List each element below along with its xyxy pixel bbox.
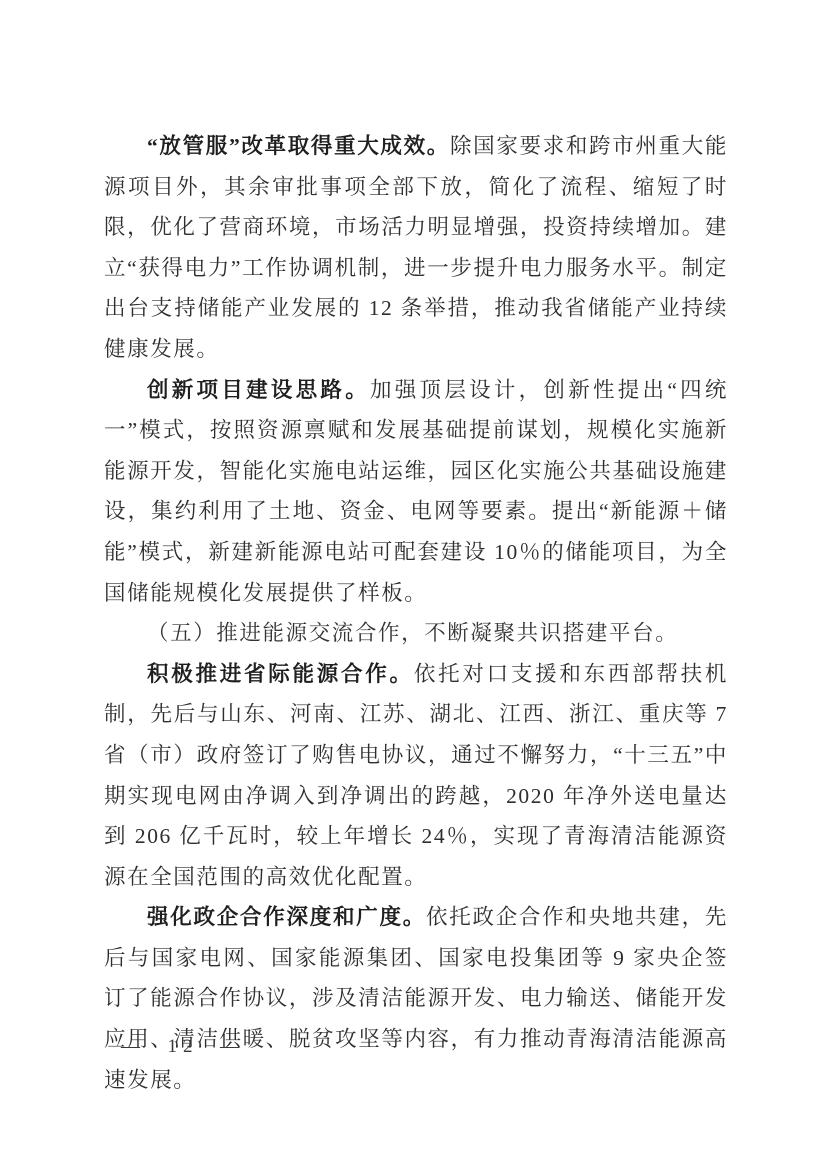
paragraph-project-construction: 创新项目建设思路。加强顶层设计，创新性提出“四统一”模式，按照资源禀赋和发展基础… — [104, 370, 728, 614]
paragraph-lead: “放管服”改革取得重大成效。 — [147, 134, 450, 158]
paragraph-lead: 积极推进省际能源合作。 — [147, 662, 414, 686]
section-heading-text: （五）推进能源交流合作，不断凝聚共识搭建平台。 — [147, 621, 678, 645]
document-page: “放管服”改革取得重大成效。除国家要求和跨市州重大能源项目外，其余审批事项全部下… — [0, 0, 827, 1169]
paragraph-text: 依托政企合作和央地共建，先后与国家电网、国家能源集团、国家电投集团等 9 家央企… — [104, 905, 728, 1091]
paragraph-text: 加强顶层设计，创新性提出“四统一”模式，按照资源禀赋和发展基础提前谋划，规模化实… — [104, 378, 728, 605]
paragraph-interprovincial-cooperation: 积极推进省际能源合作。依托对口支援和东西部帮扶机制，先后与山东、河南、江苏、湖北… — [104, 654, 728, 898]
page-number: — 12 — — [121, 1036, 245, 1058]
paragraph-reform-achievements: “放管服”改革取得重大成效。除国家要求和跨市州重大能源项目外，其余审批事项全部下… — [104, 126, 728, 370]
paragraph-text: 除国家要求和跨市州重大能源项目外，其余审批事项全部下放，简化了流程、缩短了时限，… — [104, 134, 728, 361]
paragraph-lead: 强化政企合作深度和广度。 — [147, 905, 426, 929]
document-body: “放管服”改革取得重大成效。除国家要求和跨市州重大能源项目外，其余审批事项全部下… — [104, 126, 728, 1100]
section-heading-five: （五）推进能源交流合作，不断凝聚共识搭建平台。 — [104, 613, 728, 654]
paragraph-lead: 创新项目建设思路。 — [147, 378, 370, 402]
paragraph-government-enterprise-cooperation: 强化政企合作深度和广度。依托政企合作和央地共建，先后与国家电网、国家能源集团、国… — [104, 897, 728, 1100]
paragraph-text: 依托对口支援和东西部帮扶机制，先后与山东、河南、江苏、湖北、江西、浙江、重庆等 … — [104, 662, 728, 889]
